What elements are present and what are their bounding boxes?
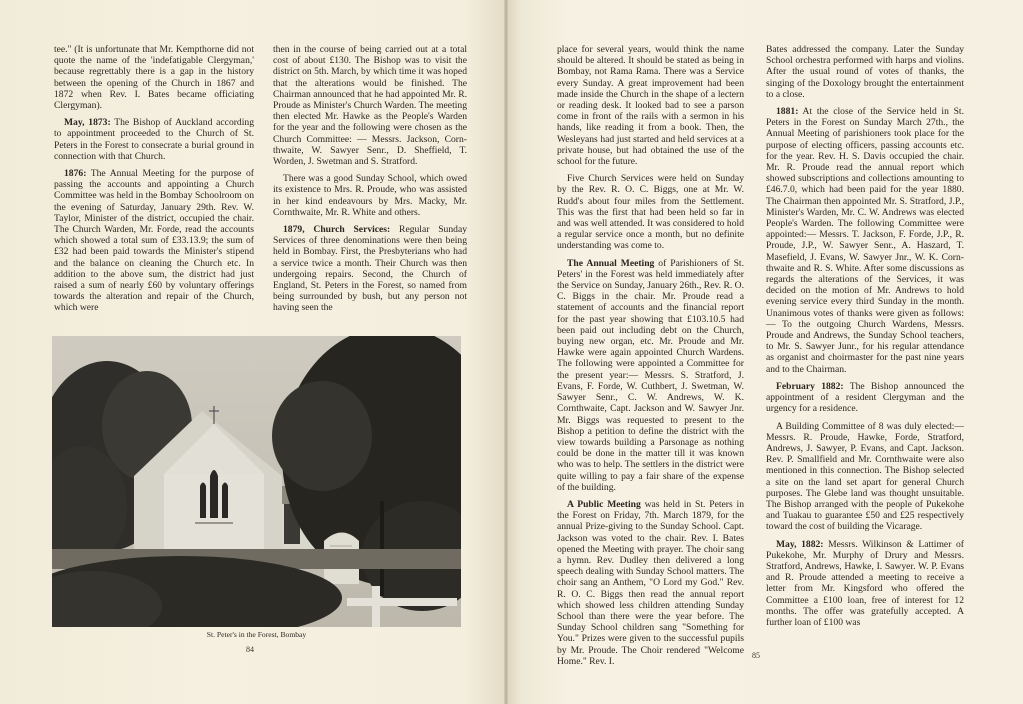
paragraph-heading: 1879, Church Services: [283, 224, 390, 235]
page-number-right: 85 [752, 651, 760, 660]
paragraph: then in the course of being carried out … [273, 44, 467, 167]
book-gutter [504, 0, 508, 704]
paragraph: February 1882: The Bishop announced the … [766, 381, 964, 415]
paragraph: May, 1882: Messrs. Wilkinson & Lattimer … [766, 539, 964, 629]
paragraph: May, 1873: The Bishop of Auckland accord… [54, 117, 254, 162]
right-page-column-1: place for several years, would think the… [557, 44, 744, 673]
paragraph-heading: 1876: [64, 168, 86, 179]
left-page: tee." (It is unfortunate that Mr. Kempth… [0, 0, 506, 704]
paragraph-heading: February 1882: [776, 381, 844, 392]
paragraph-heading: The Annual Meeting [567, 258, 654, 269]
church-photograph [52, 336, 461, 627]
paragraph-heading: May, 1882: [776, 539, 824, 550]
paragraph: 1879, Church Services: Regular Sunday Se… [273, 224, 467, 314]
paragraph: The Annual Meeting of Parishioners of St… [557, 258, 744, 493]
photo-caption: St. Peter's in the Forest, Bombay [52, 630, 461, 639]
left-page-column-2: then in the course of being carried out … [273, 44, 467, 320]
paragraph: place for several years, would think the… [557, 44, 744, 167]
paragraph: A Building Committee of 8 was duly elec­… [766, 421, 964, 533]
paragraph-heading: A Public Meeting [567, 499, 641, 510]
left-page-column-1: tee." (It is unfortunate that Mr. Kempth… [54, 44, 254, 320]
paragraph-heading: May, 1873: [64, 117, 111, 128]
paragraph: 1876: The Annual Meeting for the purpose… [54, 168, 254, 314]
right-page-column-2: Bates addressed the company. Later the S… [766, 44, 964, 634]
paragraph: A Public Meeting was held in St. Peters … [557, 499, 744, 667]
paragraph-heading: 1881: [776, 106, 798, 117]
paragraph: 1881: At the close of the Service held i… [766, 106, 964, 375]
page-number-left: 84 [246, 645, 254, 654]
paragraph: Bates addressed the company. Later the S… [766, 44, 964, 100]
paragraph: tee." (It is unfortunate that Mr. Kempth… [54, 44, 254, 111]
paragraph: Five Church Services were held on Sunday… [557, 173, 744, 251]
paragraph: There was a good Sunday School, which ow… [273, 173, 467, 218]
